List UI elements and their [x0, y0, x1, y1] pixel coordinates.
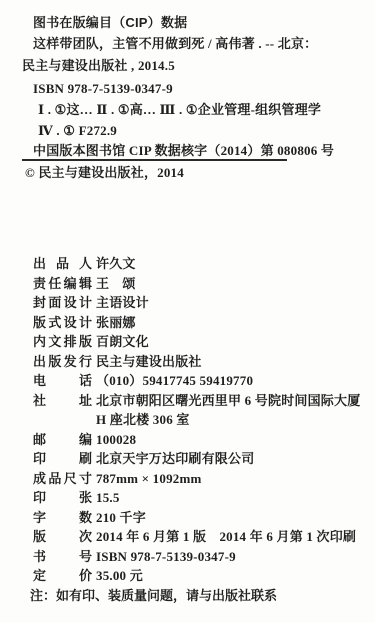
row-value: 北京天宇万达印刷有限公司: [96, 449, 254, 469]
row-value: 210 千字: [96, 508, 146, 528]
row-label: 印张: [33, 488, 92, 508]
colophon-row-typesetting: 内文排版 百朗文化: [33, 332, 367, 352]
colophon-row-layout-design: 版式设计 张丽娜: [33, 313, 367, 333]
row-label: 出版发行: [33, 352, 92, 372]
cip-title: 图书在版编目（CIP）数据: [33, 16, 187, 30]
row-value: 35.00 元: [96, 566, 143, 586]
row-value: 许久文: [96, 254, 136, 274]
row-label: 社址: [33, 391, 92, 411]
cip-classification-1: Ⅰ . ①这… Ⅱ . ①高… Ⅲ . ①企业管理-组织管理学: [38, 103, 321, 117]
row-label: 出品人: [33, 254, 92, 274]
row-value: 百朗文化: [96, 332, 149, 352]
row-label: 书号: [33, 547, 92, 567]
row-value: 15.5: [96, 488, 120, 508]
colophon-row-edition: 版次 2014 年 6 月第 1 版 2014 年 6 月第 1 次印刷: [33, 527, 367, 547]
colophon-row-postcode: 邮编 100028: [33, 430, 367, 450]
row-value: ISBN 978-7-5139-0347-9: [96, 547, 236, 567]
row-label: 成品尺寸: [33, 469, 92, 489]
book-copyright-page: 图书在版编目（CIP）数据 这样带团队，主管不用做到死 / 高伟著 . -- 北…: [0, 0, 375, 623]
cip-isbn: ISBN 978-7-5139-0347-9: [33, 82, 173, 96]
row-label: 封面设计: [33, 293, 92, 313]
row-label: 版式设计: [33, 313, 92, 333]
row-label: 定价: [33, 566, 92, 586]
colophon-row-phone: 电话 （010）59417745 59419770: [33, 371, 367, 391]
row-value: 100028: [96, 430, 136, 450]
colophon-row-address: 社址 北京市朝阳区曙光西里甲 6 号院时间国际大厦: [33, 391, 367, 411]
row-label: 印刷: [33, 449, 92, 469]
divider-rule: [22, 159, 287, 161]
row-value: （010）59417745 59419770: [96, 371, 253, 391]
row-label: 电话: [33, 371, 92, 391]
row-value: 北京市朝阳区曙光西里甲 6 号院时间国际大厦: [96, 391, 360, 411]
colophon-row-price: 定价 35.00 元: [33, 566, 367, 586]
row-value: 主语设计: [96, 293, 149, 313]
cip-classification-2: Ⅳ . ① F272.9: [38, 124, 117, 138]
copyright-notice: © 民主与建设出版社，2014: [25, 166, 184, 180]
row-label: 内文排版: [33, 332, 92, 352]
row-value: H 座北楼 306 室: [96, 410, 190, 430]
row-label: 邮编: [33, 430, 92, 450]
row-value: 2014 年 6 月第 1 版 2014 年 6 月第 1 次印刷: [96, 527, 356, 547]
row-value: 王 颂: [96, 274, 136, 294]
colophon-row-printer: 印刷 北京天宇万达印刷有限公司: [33, 449, 367, 469]
row-label: 版次: [33, 527, 92, 547]
cip-record-number: 中国版本图书馆 CIP 数据核字（2014）第 080806 号: [33, 144, 334, 158]
row-value: 787mm × 1092mm: [96, 469, 202, 489]
colophon-row-trim-size: 成品尺寸 787mm × 1092mm: [33, 469, 367, 489]
colophon-row-address-line2: H 座北楼 306 室: [33, 410, 367, 430]
row-value: 民主与建设出版社: [96, 352, 202, 372]
row-value: 张丽娜: [96, 313, 136, 333]
colophon-section: 出品人 许久文 责任编辑 王 颂 封面设计 主语设计 版式设计 张丽娜 内文排版…: [33, 254, 367, 606]
colophon-row-editor: 责任编辑 王 颂: [33, 274, 367, 294]
row-label: 字数: [33, 508, 92, 528]
colophon-row-sheets: 印张 15.5: [33, 488, 367, 508]
cip-catalog-entry: 这样带团队，主管不用做到死 / 高伟著 . -- 北京：: [33, 37, 317, 51]
colophon-row-cover-design: 封面设计 主语设计: [33, 293, 367, 313]
colophon-row-isbn: 书号 ISBN 978-7-5139-0347-9: [33, 547, 367, 567]
quality-note: 注：如有印、装质量问题，请与出版社联系: [30, 586, 367, 606]
colophon-row-word-count: 字数 210 千字: [33, 508, 367, 528]
row-label: 责任编辑: [33, 274, 92, 294]
cip-publisher-line: 民主与建设出版社 , 2014.5: [22, 59, 175, 73]
colophon-row-publisher: 出版发行 民主与建设出版社: [33, 352, 367, 372]
colophon-row-producer: 出品人 许久文: [33, 254, 367, 274]
